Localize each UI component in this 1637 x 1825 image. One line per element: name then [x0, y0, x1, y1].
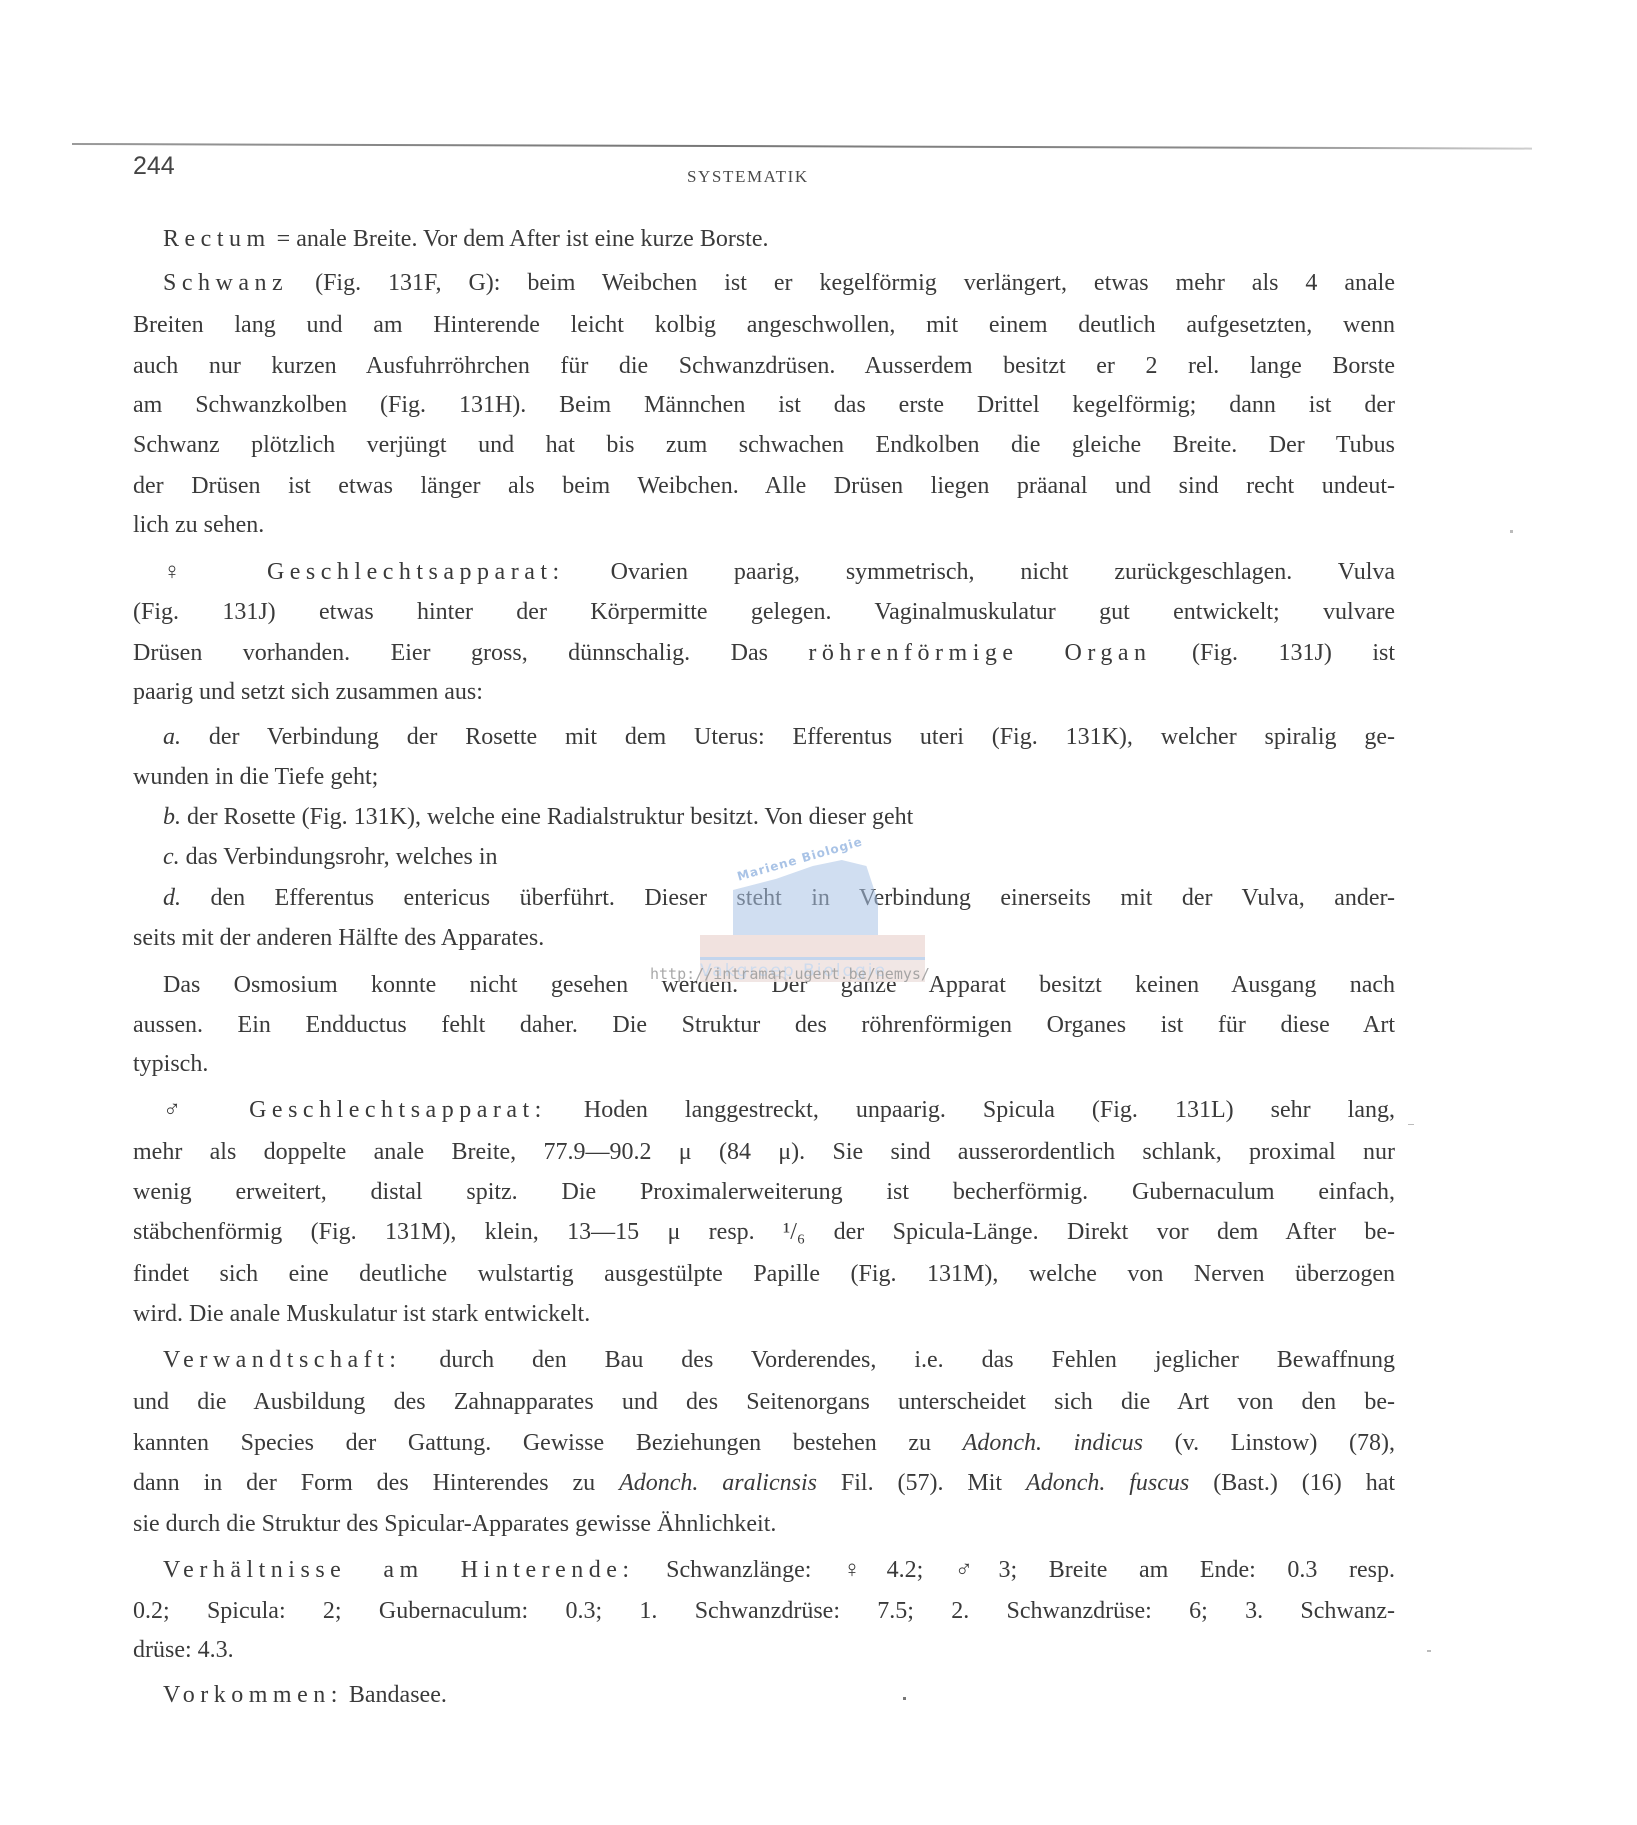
list-item: c. das Verbindungsrohr, welches in	[163, 842, 1395, 872]
species-name: Adonch. indicus	[963, 1430, 1143, 1456]
scan-speck	[1408, 1124, 1414, 1125]
female-symbol-icon: ♀	[163, 559, 221, 585]
text-line: auch nur kurzen Ausfuhrröhrchen für die …	[133, 351, 1395, 381]
text-line: mehr als doppelte anale Breite, 77.9—90.…	[133, 1137, 1395, 1167]
watermark-bar	[700, 957, 925, 960]
list-item-continuation: wunden in die Tiefe geht;	[133, 762, 1395, 792]
scan-speck	[1427, 1650, 1431, 1652]
scan-speck	[903, 1697, 906, 1700]
male-label: Geschlechtsapparat:	[249, 1097, 547, 1123]
female-label: Geschlechtsapparat:	[267, 559, 565, 585]
vorkommen-label: Vorkommen:	[163, 1682, 343, 1708]
text-line: und die Ausbildung des Zahnapparates und…	[133, 1387, 1395, 1417]
list-marker: a.	[163, 724, 181, 750]
text-line: wird. Die anale Muskulatur ist stark ent…	[133, 1299, 1395, 1329]
paragraph-rectum: Rectum = anale Breite. Vor dem After ist…	[163, 224, 1395, 254]
text-line: aussen. Ein Endductus fehlt daher. Die S…	[133, 1010, 1395, 1040]
text-line: am Schwanzkolben (Fig. 131H). Beim Männc…	[133, 390, 1395, 420]
paragraph-verwandtschaft: Verwandtschaft: durch den Bau des Vorder…	[163, 1345, 1395, 1375]
species-name: Adonch. aralicnsis	[619, 1470, 817, 1496]
list-item: d. den Efferentus entericus überführt. D…	[163, 883, 1395, 913]
text-line: typisch.	[133, 1049, 1395, 1079]
text-line: der Drüsen ist etwas länger als beim Wei…	[133, 471, 1395, 501]
running-title: SYSTEMATIK	[687, 167, 809, 187]
scan-speck	[1510, 530, 1513, 533]
list-marker: c.	[163, 844, 180, 870]
text-line: Breiten lang und am Hinterende leicht ko…	[133, 310, 1395, 340]
text-line: stäbchenförmig (Fig. 131M), klein, 13—15…	[133, 1217, 1395, 1247]
text-line: wenig erweitert, distal spitz. Die Proxi…	[133, 1177, 1395, 1207]
list-item-continuation: seits mit der anderen Hälfte des Apparat…	[133, 923, 1395, 953]
paragraph-male-apparatus: ♂ Geschlechtsapparat: Hoden langgestreck…	[163, 1095, 1395, 1125]
list-marker: b.	[163, 804, 181, 830]
paragraph-schwanz: Schwanz (Fig. 131F, G): beim Weibchen is…	[163, 268, 1395, 298]
text-line: kannten Species der Gattung. Gewisse Bez…	[133, 1428, 1395, 1458]
text-line: drüse: 4.3.	[133, 1635, 1395, 1665]
organ-label: röhrenförmige Organ	[808, 640, 1151, 666]
species-name: Adonch. fuscus	[1026, 1470, 1189, 1496]
paragraph-female-apparatus: ♀ Geschlechtsapparat: Ovarien paarig, sy…	[163, 557, 1395, 587]
paragraph-vorkommen: Vorkommen: Bandasee.	[163, 1680, 1395, 1710]
text-line: (Fig. 131J) etwas hinter der Körpermitte…	[133, 597, 1395, 627]
schwanz-label: Schwanz	[163, 270, 288, 296]
text-line: findet sich eine deutliche wulstartig au…	[133, 1259, 1395, 1289]
text-line: Drüsen vorhanden. Eier gross, dünnschali…	[133, 638, 1395, 668]
text-line: lich zu sehen.	[133, 510, 1395, 540]
male-symbol-icon: ♂	[163, 1097, 212, 1123]
list-item: b. der Rosette (Fig. 131K), welche eine …	[163, 802, 1395, 832]
page-number: 244	[133, 152, 175, 181]
rectum-label: Rectum	[163, 226, 271, 252]
paragraph-verhaeltnisse: Verhältnisse am Hinterende: Schwanzlänge…	[163, 1555, 1395, 1585]
text-line: sie durch die Struktur des Spicular-Appa…	[133, 1509, 1395, 1539]
verhaeltnisse-label: Verhältnisse am Hinterende:	[163, 1557, 635, 1583]
list-marker: d.	[163, 885, 181, 911]
list-item: a. der Verbindung der Rosette mit dem Ut…	[163, 722, 1395, 752]
watermark-url: http://intramar.ugent.be/nemys/	[650, 965, 930, 983]
header-rule	[72, 143, 1532, 150]
text-line: Schwanz plötzlich verjüngt und hat bis z…	[133, 430, 1395, 460]
verwandtschaft-label: Verwandtschaft:	[163, 1347, 401, 1373]
text-line: dann in der Form des Hinterendes zu Adon…	[133, 1468, 1395, 1498]
text-line: paarig und setzt sich zusammen aus:	[133, 677, 1395, 707]
text-line: 0.2; Spicula: 2; Gubernaculum: 0.3; 1. S…	[133, 1596, 1395, 1626]
